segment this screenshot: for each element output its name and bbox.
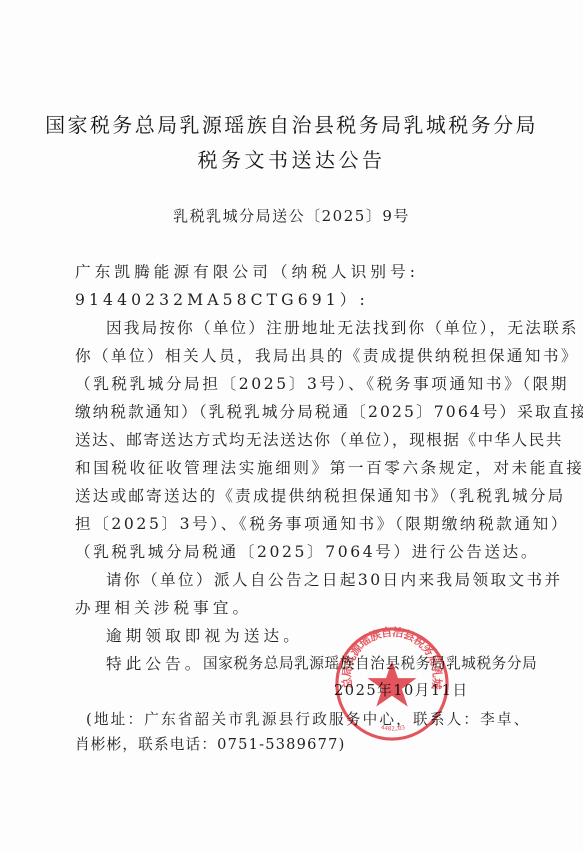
body-paragraph-line: 缴纳税款通知）（乳税乳城分局税通〔2025〕7064号）采取直接	[75, 398, 520, 426]
document-number: 乳税乳城分局送公〔2025〕9号	[0, 205, 583, 227]
collection-instruction: 请你（单位）派人自公告之日起30日内来我局领取文书并	[75, 566, 520, 594]
addressee-tax-id: 91440232MA58CTG691）:	[75, 286, 520, 314]
body-paragraph-line: 因我局按你（单位）注册地址无法找到你（单位），无法联系	[75, 314, 520, 342]
document-page: 国家税务总局乳源瑶族自治县税务局乳城税务分局 税务文书送达公告 乳税乳城分局送公…	[0, 0, 583, 853]
contact-phone-line: 肖彬彬，联系电话：0751-5389677)	[75, 732, 531, 757]
document-subtitle: 税务文书送达公告	[0, 147, 583, 173]
body-paragraph-line: 你（单位）相关人员，我局出具的《责成提供纳税担保通知书》	[75, 342, 520, 370]
body-paragraph-line: 和国税收征收管理法实施细则》第一百零六条规定，对未能直接	[75, 454, 520, 482]
overdue-notice: 逾期领取即视为送达。	[75, 622, 520, 650]
contact-address-line: (地址：广东省韶关市乳源县行政服务中心，联系人：李卓、	[86, 707, 531, 732]
svg-text:4402…03: 4402…03	[380, 725, 406, 733]
notice-body: 广东凯腾能源有限公司（纳税人识别号: 91440232MA58CTG691）: …	[75, 258, 520, 678]
body-paragraph-line: 担〔2025〕3号）、《税务事项通知书》（限期缴纳税款通知）	[75, 510, 520, 538]
document-title: 国家税务总局乳源瑶族自治县税务局乳城税务分局	[0, 112, 583, 138]
body-paragraph-line: （乳税乳城分局税通〔2025〕7064号）进行公告送达。	[75, 538, 520, 566]
collection-instruction-cont: 办理相关涉税事宜。	[75, 594, 520, 622]
contact-info: (地址：广东省韶关市乳源县行政服务中心，联系人：李卓、 肖彬彬，联系电话：075…	[86, 707, 531, 757]
body-paragraph-line: （乳税乳城分局担〔2025〕3号）、《税务事项通知书》（限期	[75, 370, 520, 398]
addressee-line: 广东凯腾能源有限公司（纳税人识别号:	[75, 258, 520, 286]
body-paragraph-line: 送达或邮寄送达的《责成提供纳税担保通知书》（乳税乳城分局	[75, 482, 520, 510]
official-seal-icon: 国家税务总局乳源瑶族自治县税务局乳城税务分局 4402…03	[333, 625, 451, 743]
body-paragraph-line: 送达、邮寄送达方式均无法送达你（单位），现根据《中华人民共	[75, 426, 520, 454]
